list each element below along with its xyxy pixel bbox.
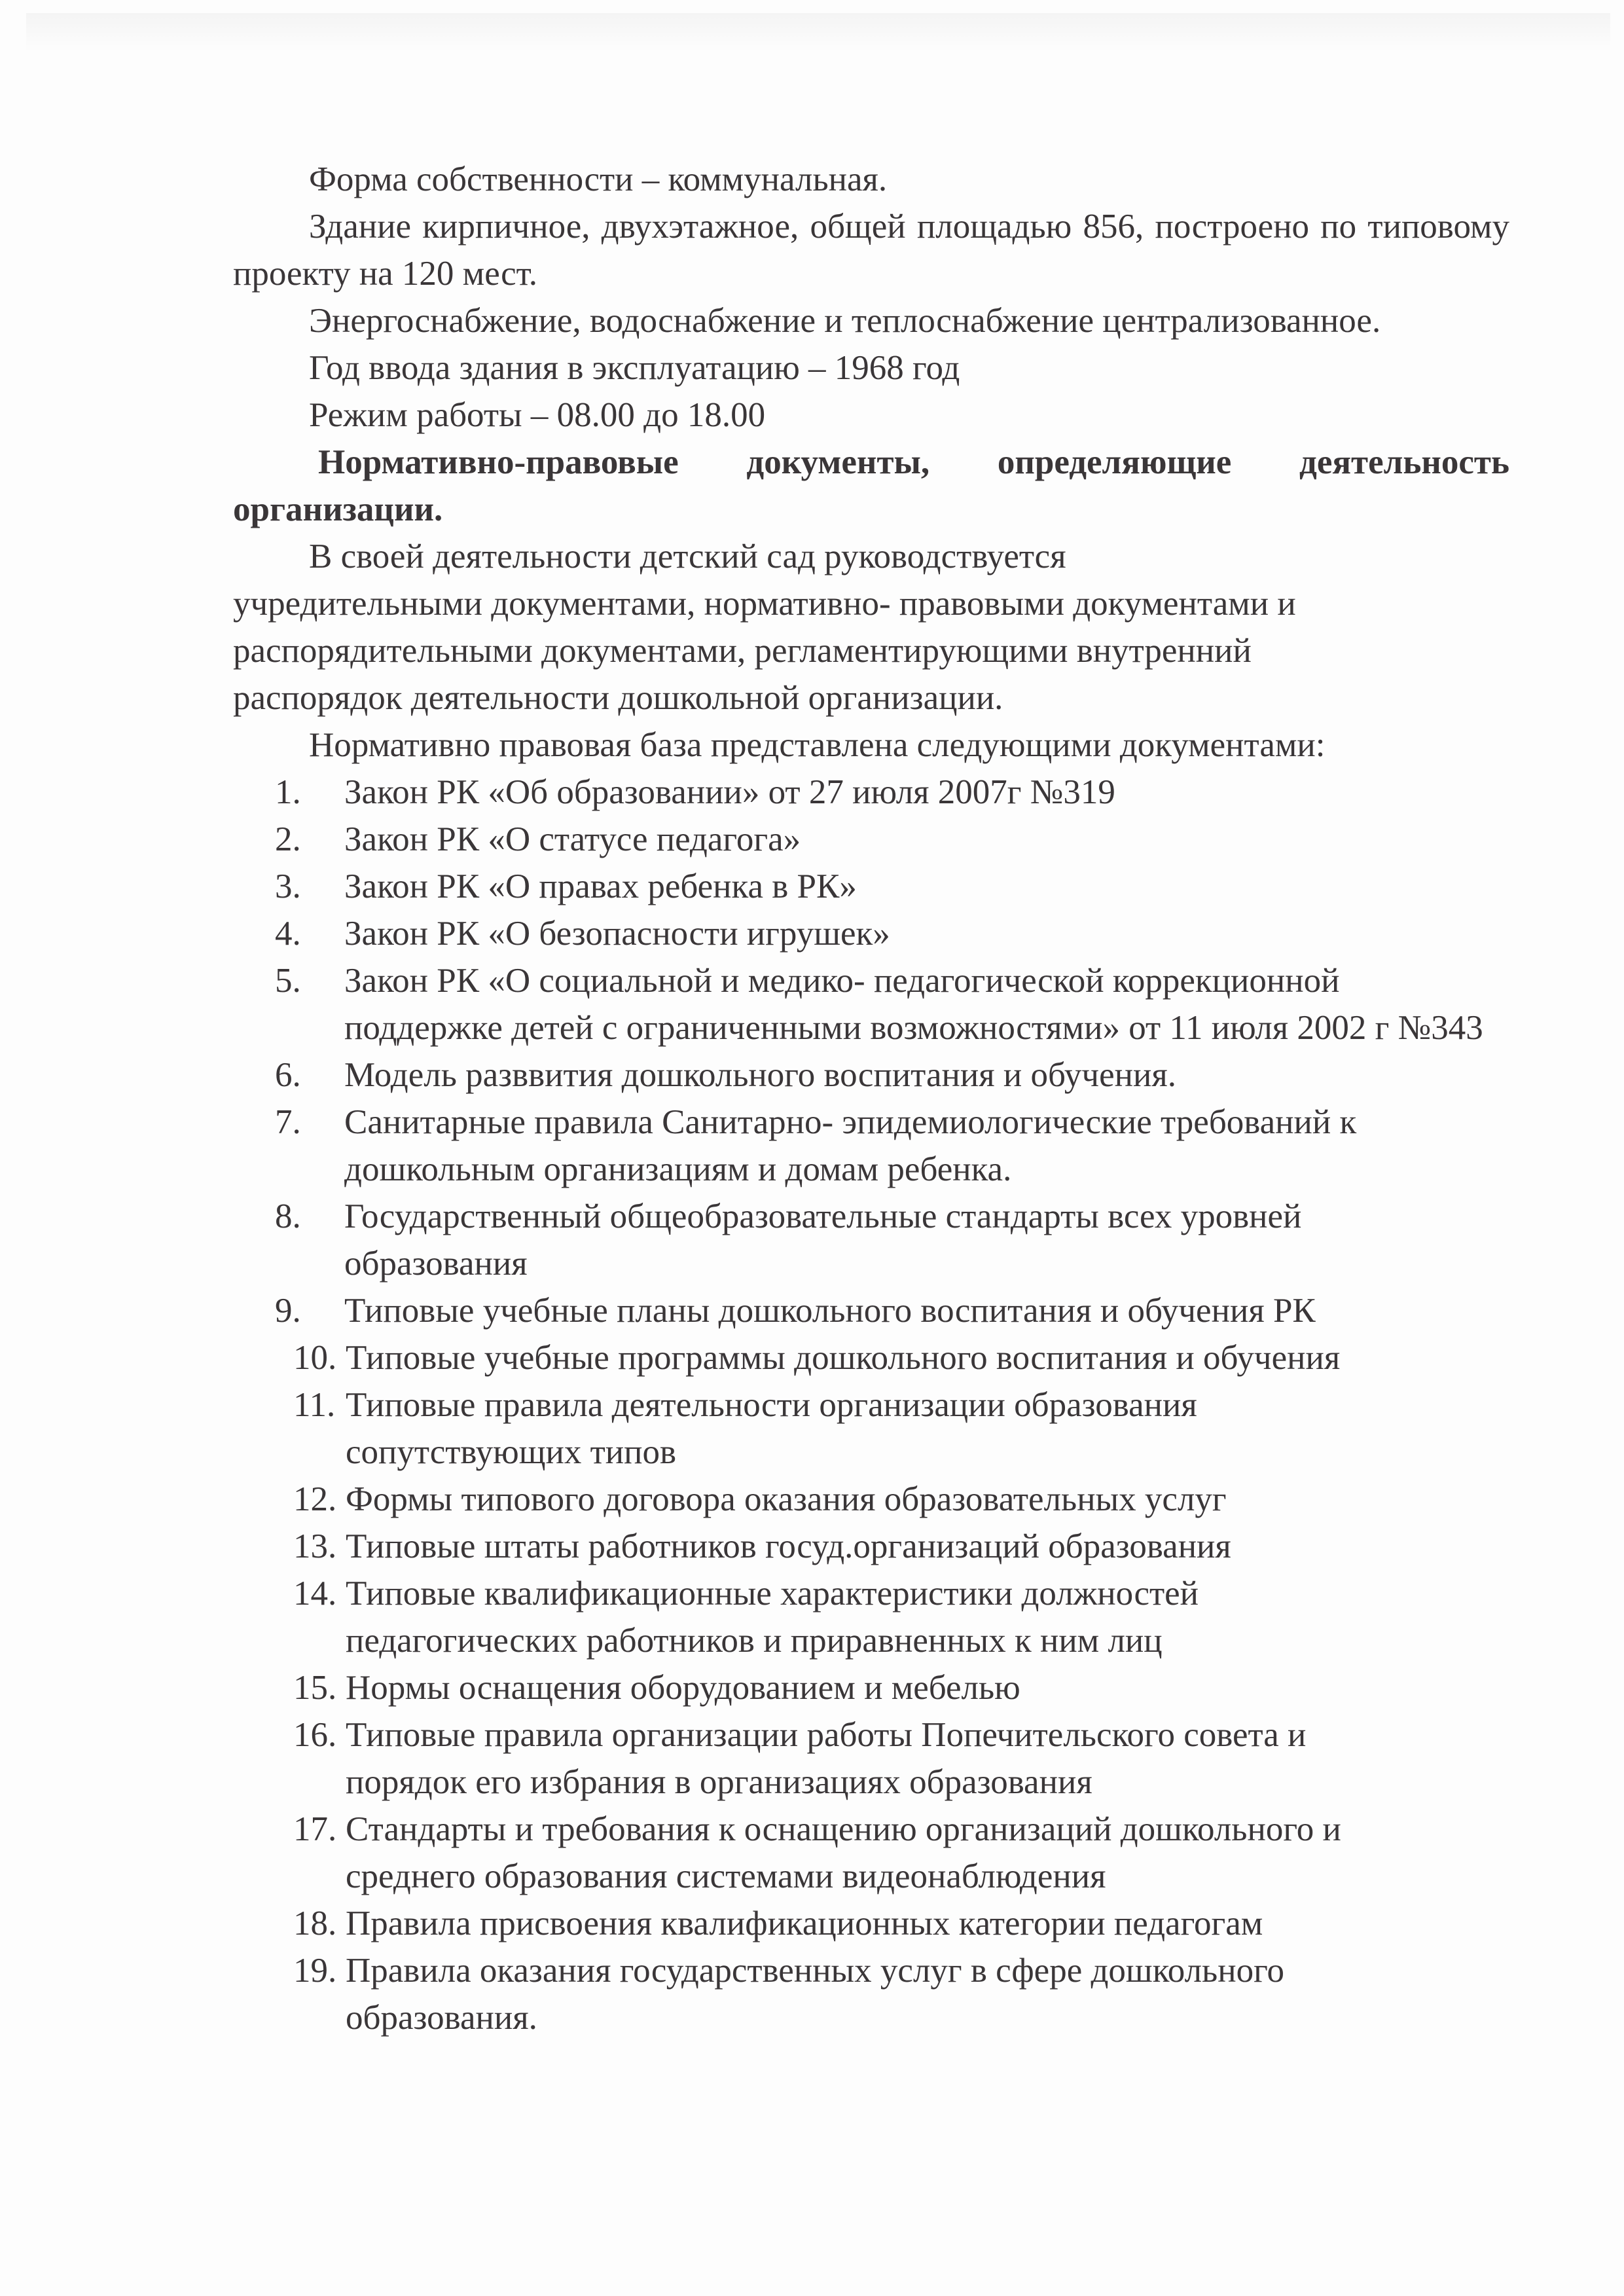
list-number: 2. [275,816,301,863]
list-item: 9.Типовые учебные планы дошкольного восп… [233,1287,1509,1334]
list-number: 3. [275,863,301,910]
list-item: 2.Закон РК «О статусе педагога» [233,816,1509,863]
list-item: 14.Типовые квалификационные характеристи… [233,1570,1509,1664]
list-item-text: Стандарты и требования к оснащению орган… [346,1810,1341,1895]
list-number: 19. [293,1947,336,1994]
list-number: 6. [275,1051,301,1099]
list-item-text: Закон РК «О правах ребенка в РК» [344,867,857,905]
list-item: 13.Типовые штаты работников госуд.органи… [233,1523,1509,1570]
list-number: 18. [293,1900,336,1947]
scan-bleed-through [26,13,1610,52]
list-intro: Нормативно правовая база представлена сл… [233,721,1509,769]
list-item-text: Закон РК «О безопасности игрушек» [344,915,890,953]
list-item: 12.Формы типового договора оказания обра… [233,1476,1509,1523]
list-item-text: Формы типового договора оказания образов… [346,1480,1227,1518]
list-number: 17. [293,1806,336,1853]
list-item-text: Нормы оснащения оборудованием и мебелью [346,1669,1020,1707]
list-item-text: Модель разввития дошкольного воспитания … [344,1056,1176,1094]
list-item: 6.Модель разввития дошкольного воспитани… [233,1051,1509,1099]
description-paragraph: В своей деятельности детский сад руковод… [233,533,1509,721]
list-item-text: Правила присвоения квалификационных кате… [346,1904,1263,1942]
ownership-line: Форма собственности – коммунальная. [233,156,1509,203]
list-item: 16.Типовые правила организации работы По… [233,1711,1509,1806]
list-item-text: Государственный общеобразовательные стан… [344,1197,1301,1283]
list-number: 7. [275,1099,301,1146]
scanned-page: Форма собственности – коммунальная. Здан… [0,0,1624,2296]
list-number: 9. [275,1287,301,1334]
list-item: 3.Закон РК «О правах ребенка в РК» [233,863,1509,910]
list-item: 4.Закон РК «О безопасности игрушек» [233,910,1509,957]
list-number: 10. [293,1334,336,1381]
utilities-line: Энергоснабжение, водоснабжение и теплосн… [233,297,1509,344]
list-item-text: Типовые учебные программы дошкольного во… [346,1339,1340,1377]
list-number: 16. [293,1711,336,1758]
building-paragraph: Здание кирпичное, двухэтажное, общей пло… [233,203,1509,297]
list-item-text: Типовые правила организации работы Попеч… [346,1716,1306,1801]
list-number: 12. [293,1476,336,1523]
list-item-text: Закон РК «Об образовании» от 27 июля 200… [344,773,1115,811]
list-item: 5.Закон РК «О социальной и медико- педаг… [233,957,1509,1051]
list-item-text: Закон РК «О социальной и медико- педагог… [344,962,1483,1047]
document-body: Форма собственности – коммунальная. Здан… [233,156,1509,2041]
list-item: 7. Санитарные правила Санитарно- эпидеми… [233,1099,1509,1193]
list-number: 14. [293,1570,336,1617]
list-number: 1. [275,769,301,816]
list-number: 5. [275,957,301,1004]
list-number: 4. [275,910,301,957]
list-item: 10.Типовые учебные программы дошкольного… [233,1334,1509,1381]
list-item-text: Правила оказания государственных услуг в… [346,1952,1284,2037]
section-heading: Нормативно-правовые документы, определяю… [233,439,1509,533]
list-number: 8. [275,1193,301,1240]
list-number: 11. [293,1381,335,1429]
list-item: 8.Государственный общеобразовательные ст… [233,1193,1509,1287]
list-item-text: Санитарные правила Санитарно- эпидемиоло… [344,1103,1356,1188]
list-item: 18.Правила присвоения квалификационных к… [233,1900,1509,1947]
list-number: 15. [293,1664,336,1711]
list-item: 15.Нормы оснащения оборудованием и мебел… [233,1664,1509,1711]
list-number: 13. [293,1523,336,1570]
documents-list: 1.Закон РК «Об образовании» от 27 июля 2… [233,769,1509,2041]
list-item-text: Типовые учебные планы дошкольного воспит… [344,1292,1316,1330]
list-item-text: Закон РК «О статусе педагога» [344,820,801,858]
list-item: 17.Стандарты и требования к оснащению ор… [233,1806,1509,1900]
list-item-text: Типовые штаты работников госуд.организац… [346,1527,1231,1565]
list-item: 1.Закон РК «Об образовании» от 27 июля 2… [233,769,1509,816]
working-hours-line: Режим работы – 08.00 до 18.00 [233,392,1509,439]
list-item: 19.Правила оказания государственных услу… [233,1947,1509,2041]
list-item-text: Типовые квалификационные характеристики … [346,1575,1199,1660]
list-item: 11.Типовые правила деятельности организа… [233,1381,1509,1476]
commissioned-line: Год ввода здания в эксплуатацию – 1968 г… [233,344,1509,392]
list-item-text: Типовые правила деятельности организации… [346,1386,1197,1471]
